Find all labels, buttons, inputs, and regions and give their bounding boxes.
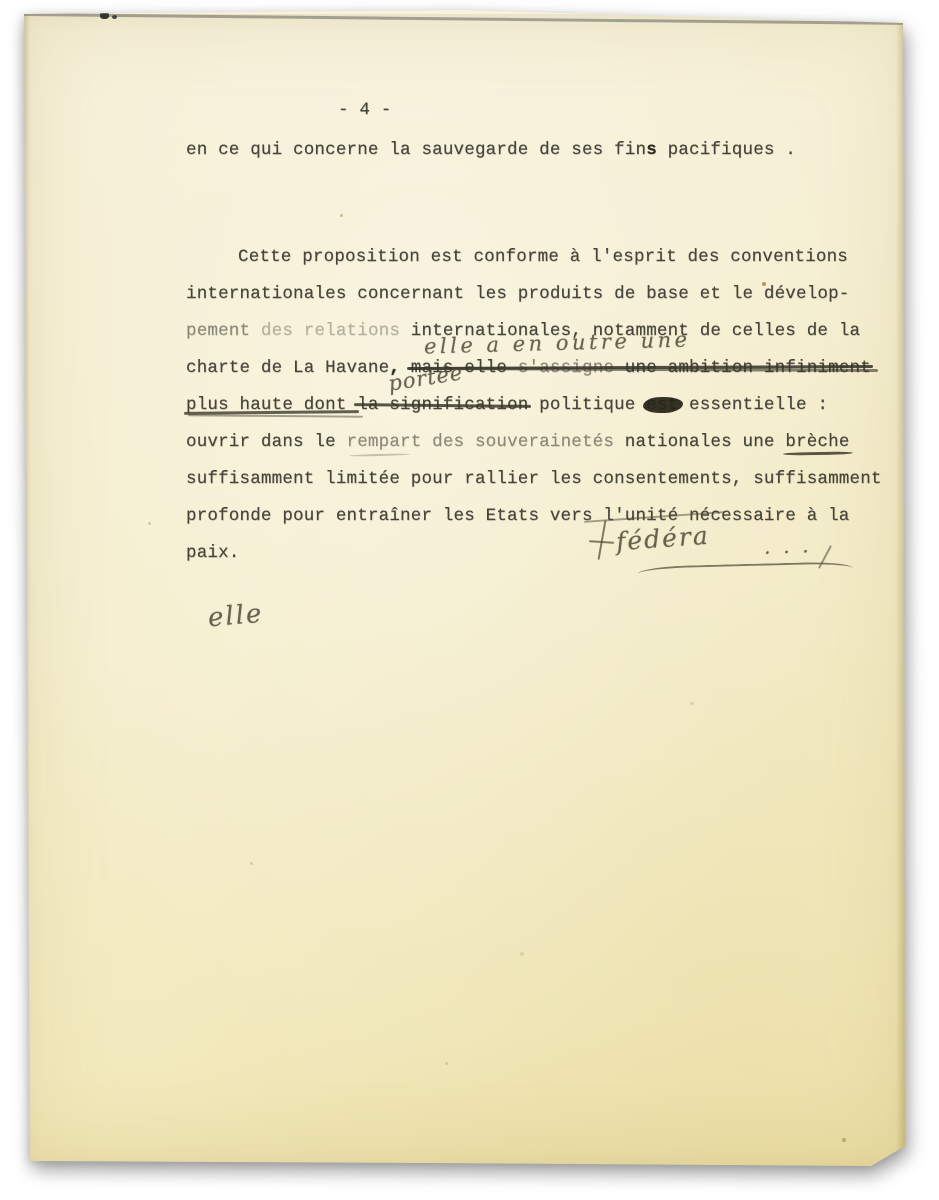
intro-text-a: en ce qui concerne la sauvegarde de ses … <box>186 140 646 160</box>
line3-faded-words: des relations <box>261 321 411 341</box>
para-line-9: paix. <box>186 542 240 564</box>
page-number: - 4 - <box>338 99 392 121</box>
handwritten-elle: elle <box>207 599 265 634</box>
handwritten-margin-note: fédéra <box>615 521 710 556</box>
para-line-6: ouvrir dans le rempart des souverainetés… <box>186 431 850 453</box>
line4-sassigne: s'assigne <box>518 358 614 378</box>
line6-ouvrir: ouvrir dans le <box>186 432 347 452</box>
intro-overstruck-s: s <box>646 140 657 160</box>
para-line-2: internationales concernant les produits … <box>186 283 850 305</box>
line6-breche: brèche <box>785 432 849 452</box>
intro-text-b: pacifiques . <box>657 140 796 160</box>
handwritten-margin-dots: . . . <box>764 533 809 559</box>
scanned-document-stage: - 4 - en ce qui concerne la sauvegarde d… <box>0 0 939 1200</box>
line3-pement: pement <box>186 321 261 341</box>
line5-politique: politique <box>528 395 646 415</box>
line6-rempart: rempart <box>347 432 422 452</box>
line5-plus-haute-dont: plus haute dont <box>186 395 357 415</box>
para-line-8: profonde pour entraîner les Etats vers l… <box>186 505 850 527</box>
line6-nationales: nationales une <box>625 432 786 452</box>
line4-struck-segment: mais elle s'assigne une ambition infinim… <box>411 358 871 378</box>
para-line-1: Cette proposition est conforme à l'espri… <box>238 246 848 268</box>
para-line-5: plus haute dont la signification politiq… <box>186 394 828 416</box>
margin-note-underline-curve <box>638 561 853 581</box>
line4-ambition: une ambition infiniment <box>614 358 871 378</box>
para-line-7: suffisamment limitée pour rallier les co… <box>186 468 882 490</box>
line6-souverainetes: des souverainetés <box>421 432 624 452</box>
page-content: - 4 - en ce qui concerne la sauvegarde d… <box>0 0 939 1200</box>
line4-charte: charte de La Havane <box>186 358 389 378</box>
line5-struck-signification: la signification <box>357 395 528 415</box>
line5-blotted-est: est <box>646 395 678 415</box>
line5-essentielle: essentielle : <box>678 395 828 415</box>
para-line-4: charte de La Havane, mais elle s'assigne… <box>186 357 871 379</box>
typed-line-intro: en ce qui concerne la sauvegarde de ses … <box>186 139 796 161</box>
